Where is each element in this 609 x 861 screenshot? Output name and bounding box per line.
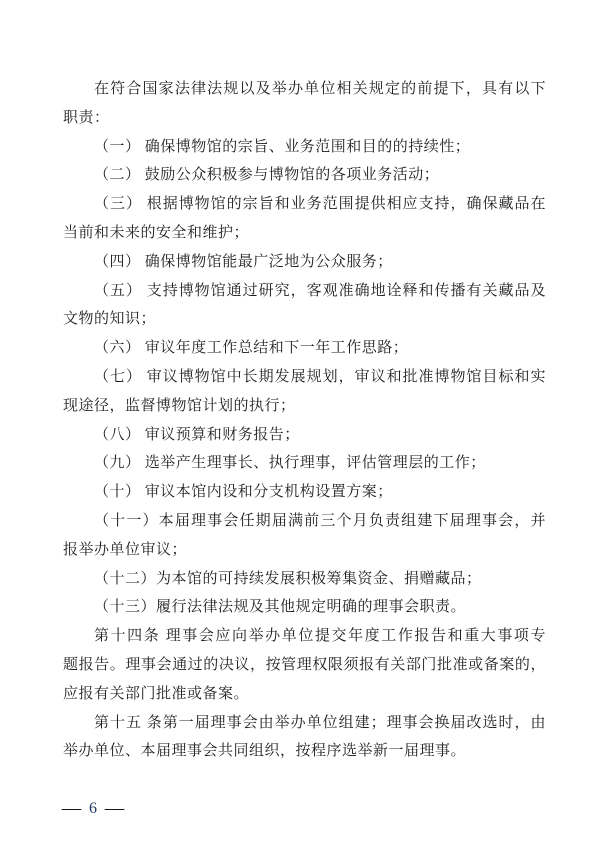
text-line: （十一）本届理事会任期届满前三个月负责组建下届理事会，并 [63, 507, 546, 536]
text-line: （一） 确保博物馆的宗旨、业务范围和目的的持续性； [63, 133, 546, 162]
text-line: （二） 鼓励公众积极参与博物馆的各项业务活动； [63, 161, 546, 190]
text-line: 举办单位、本届理事会共同组织，按程序选举新一届理事。 [63, 737, 546, 766]
text-line: （八） 审议预算和财务报告； [63, 421, 546, 450]
page-footer: — 6 — [64, 797, 122, 821]
text-line: 第十四条 理事会应向举办单位提交年度工作报告和重大事项专 [63, 622, 546, 651]
text-line: 当前和未来的安全和维护； [63, 219, 546, 248]
text-line: （十二）为本馆的可持续发展积极筹集资金、捐赠藏品； [63, 565, 546, 594]
text-line: （五） 支持博物馆通过研究，客观准确地诠释和传播有关藏品及 [63, 277, 546, 306]
text-line: 报举办单位审议； [63, 536, 546, 565]
footer-dash-left: — [62, 801, 82, 818]
text-line: （四） 确保博物馆能最广泛地为公众服务； [63, 248, 546, 277]
text-line: 在符合国家法律法规以及举办单位相关规定的前提下，具有以下 [63, 75, 546, 104]
text-line: 文物的知识； [63, 305, 546, 334]
text-line: （六） 审议年度工作总结和下一年工作思路； [63, 334, 546, 363]
text-line: 职责： [63, 104, 546, 133]
footer-dash-right: — [105, 801, 125, 818]
text-line: 应报有关部门批准或备案。 [63, 680, 546, 709]
body-text: 在符合国家法律法规以及举办单位相关规定的前提下，具有以下职责：（一） 确保博物馆… [63, 75, 546, 766]
document-page: 在符合国家法律法规以及举办单位相关规定的前提下，具有以下职责：（一） 确保博物馆… [0, 0, 609, 861]
text-line: （九） 选举产生理事长、执行理事，评估管理层的工作； [63, 449, 546, 478]
page-number: 6 [87, 800, 99, 818]
text-line: 第十五 条第一届理事会由举办单位组建；理事会换届改选时，由 [63, 709, 546, 738]
text-line: （十） 审议本馆内设和分支机构设置方案； [63, 478, 546, 507]
text-line: 题报告。理事会通过的决议，按管理权限须报有关部门批准或备案的， [63, 651, 546, 680]
text-line: 现途径，监督博物馆计划的执行； [63, 392, 546, 421]
text-line: （十三）履行法律法规及其他规定明确的理事会职责。 [63, 593, 546, 622]
text-line: （三） 根据博物馆的宗旨和业务范围提供相应支持，确保藏品在 [63, 190, 546, 219]
text-line: （七） 审议博物馆中长期发展规划，审议和批准博物馆目标和实 [63, 363, 546, 392]
